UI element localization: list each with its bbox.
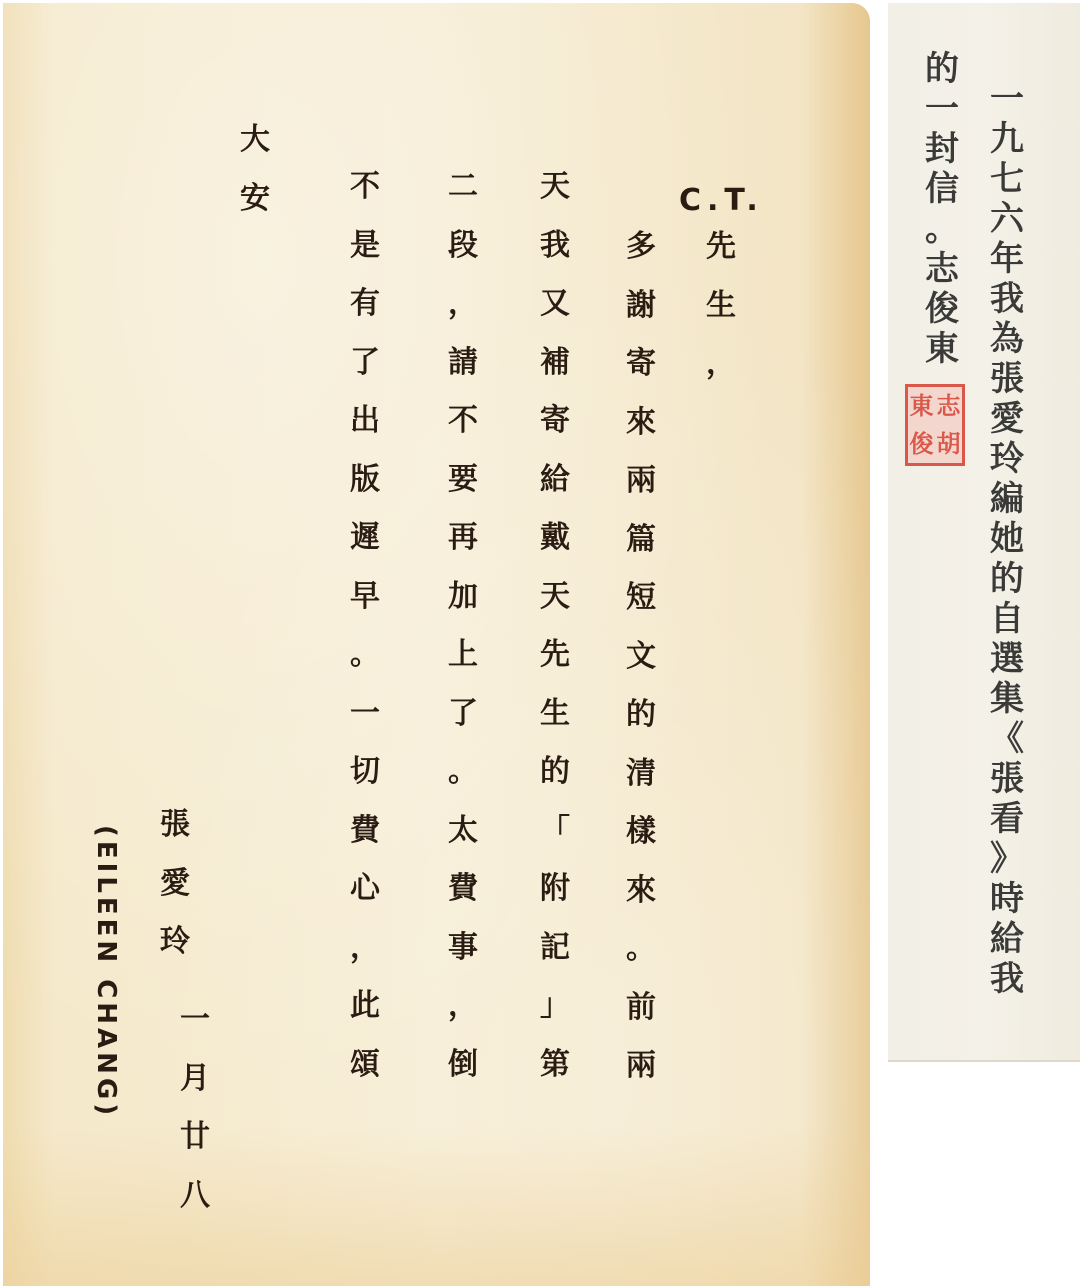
character: 集 [990,682,1024,722]
character: 寄 [540,406,570,465]
english-name-text: (EILEEN CHANG) [91,825,121,1119]
character: 多 [626,232,656,291]
character: 愛 [990,402,1024,442]
letter-line-2: 天我又補寄給戴天先生的「附記」第 [540,172,570,1108]
note-line-1: 一九七六年我為張愛玲編她的自選集《張看》時給我 [990,82,1024,1002]
character: 。 [925,212,959,252]
character: 信 [925,172,959,212]
character: 大 [240,125,270,184]
character: 六 [990,202,1024,242]
signature: 張愛玲 [160,810,190,986]
character: 二 [448,172,478,231]
character: 八 [180,1181,210,1240]
character: 出 [350,406,380,465]
character: 的 [540,757,570,816]
character: 頌 [350,1050,380,1109]
character: 一 [990,82,1024,122]
character: 是 [350,231,380,290]
character: ， [706,349,736,408]
character: 費 [350,816,380,875]
english-name: (EILEEN CHANG) [85,825,125,1125]
character: 。 [350,640,380,699]
character: 天 [540,582,570,641]
character: 切 [350,757,380,816]
character: ， [350,933,380,992]
character: 看 [990,802,1024,842]
character: 寄 [626,349,656,408]
character: ， [448,289,478,348]
character: 年 [990,242,1024,282]
character: 先 [706,232,736,291]
character: 請 [448,348,478,407]
character: 生 [540,699,570,758]
character: 短 [626,583,656,642]
character: 七 [990,162,1024,202]
letter-line-4: 不是有了出版遲早。一切費心，此頌 [350,172,380,1108]
character: 一 [180,1005,210,1064]
character: 來 [626,876,656,935]
seal-char: 東 [908,394,935,418]
character: 再 [448,523,478,582]
character: 封 [925,132,959,172]
seal-char: 胡 [935,432,962,456]
character: 版 [350,465,380,524]
character: 兩 [626,1051,656,1110]
character: 編 [990,482,1024,522]
character: 給 [540,465,570,524]
character: 。 [626,934,656,993]
note-line-2: 的一封信。志俊東 [925,52,959,372]
character: 文 [626,642,656,701]
salutation-title: 先生， [706,232,736,408]
character: 不 [350,172,380,231]
character: 一 [925,92,959,132]
letter-line-1: 多謝寄來兩篇短文的清樣來。前兩 [626,232,656,1110]
letter-paper: C.T. [3,3,870,1286]
character: 心 [350,874,380,933]
character: 不 [448,406,478,465]
character: 加 [448,582,478,641]
note-strip [888,3,1080,1062]
character: 」 [540,991,570,1050]
character: 要 [448,465,478,524]
closing-text: 大安 [240,125,270,242]
character: 玲 [160,927,190,986]
character: 倒 [448,1050,478,1109]
character: 早 [350,582,380,641]
character: 》 [990,842,1024,882]
character: 遲 [350,523,380,582]
seal-char: 志 [935,394,962,418]
character: 的 [626,700,656,759]
character: 廿 [180,1122,210,1181]
character: 自 [990,602,1024,642]
character: 了 [448,699,478,758]
character: 記 [540,933,570,992]
character: 第 [540,1050,570,1109]
character: 附 [540,874,570,933]
character: 天 [540,172,570,231]
character: 謝 [626,291,656,350]
character: 為 [990,322,1024,362]
letter-line-3: 二段，請不要再加上了。太費事，倒 [448,172,478,1108]
character: 清 [626,759,656,818]
character: 先 [540,640,570,699]
character: ， [448,991,478,1050]
character: 《 [990,722,1024,762]
character: 一 [350,699,380,758]
character: 志 [925,252,959,292]
character: 生 [706,291,736,350]
character: 我 [990,962,1024,1002]
character: 篇 [626,525,656,584]
character: 有 [350,289,380,348]
character: 張 [990,762,1024,802]
character: 戴 [540,523,570,582]
character: 俊 [925,292,959,332]
character: 我 [540,231,570,290]
character: 時 [990,882,1024,922]
character: 了 [350,348,380,407]
letter-date: 一月廿八 [180,1005,210,1239]
character: 玲 [990,442,1024,482]
character: 的 [990,562,1024,602]
character: 上 [448,640,478,699]
character: 張 [990,362,1024,402]
character: 她 [990,522,1024,562]
character: 給 [990,922,1024,962]
character: 選 [990,642,1024,682]
character: 事 [448,933,478,992]
salutation-name: C.T. [679,183,764,218]
red-seal-stamp: 東 志 俊 胡 [905,384,965,466]
character: 段 [448,231,478,290]
character: 補 [540,348,570,407]
character: 樣 [626,817,656,876]
character: 安 [240,184,270,243]
character: 東 [925,332,959,372]
character: 的 [925,52,959,92]
character: 又 [540,289,570,348]
character: 張 [160,810,190,869]
character: 兩 [626,466,656,525]
character: 前 [626,993,656,1052]
character: 此 [350,991,380,1050]
character: 太 [448,816,478,875]
character: 九 [990,122,1024,162]
character: 「 [540,816,570,875]
character: 愛 [160,869,190,928]
seal-char: 俊 [908,432,935,456]
character: 月 [180,1064,210,1123]
character: 來 [626,408,656,467]
character: 費 [448,874,478,933]
character: 我 [990,282,1024,322]
character: 。 [448,757,478,816]
